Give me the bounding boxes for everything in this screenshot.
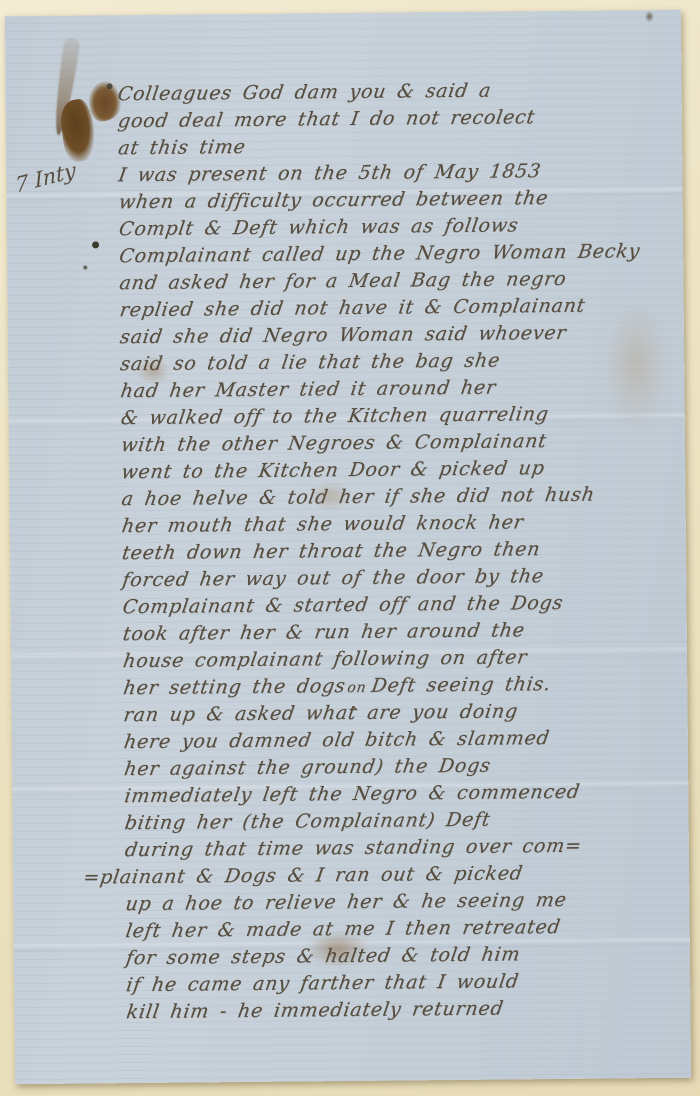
ink-dot [107,83,113,89]
ink-dot [92,241,99,248]
margin-note: 7 Inty [14,158,76,198]
line-text: her setting the dogs [122,675,347,699]
line-text: Deft seeing this. [370,673,553,697]
manuscript-paper: 7 Inty Colleagues God dam you & said ago… [5,10,691,1084]
manuscript-text: Colleagues God dam you & said agood deal… [116,76,691,1026]
manuscript-line: kill him - he immediately returned [125,994,692,1026]
stain-speck [645,11,654,22]
ink-dot [83,265,87,269]
scanned-document: 7 Inty Colleagues God dam you & said ago… [0,0,700,1096]
